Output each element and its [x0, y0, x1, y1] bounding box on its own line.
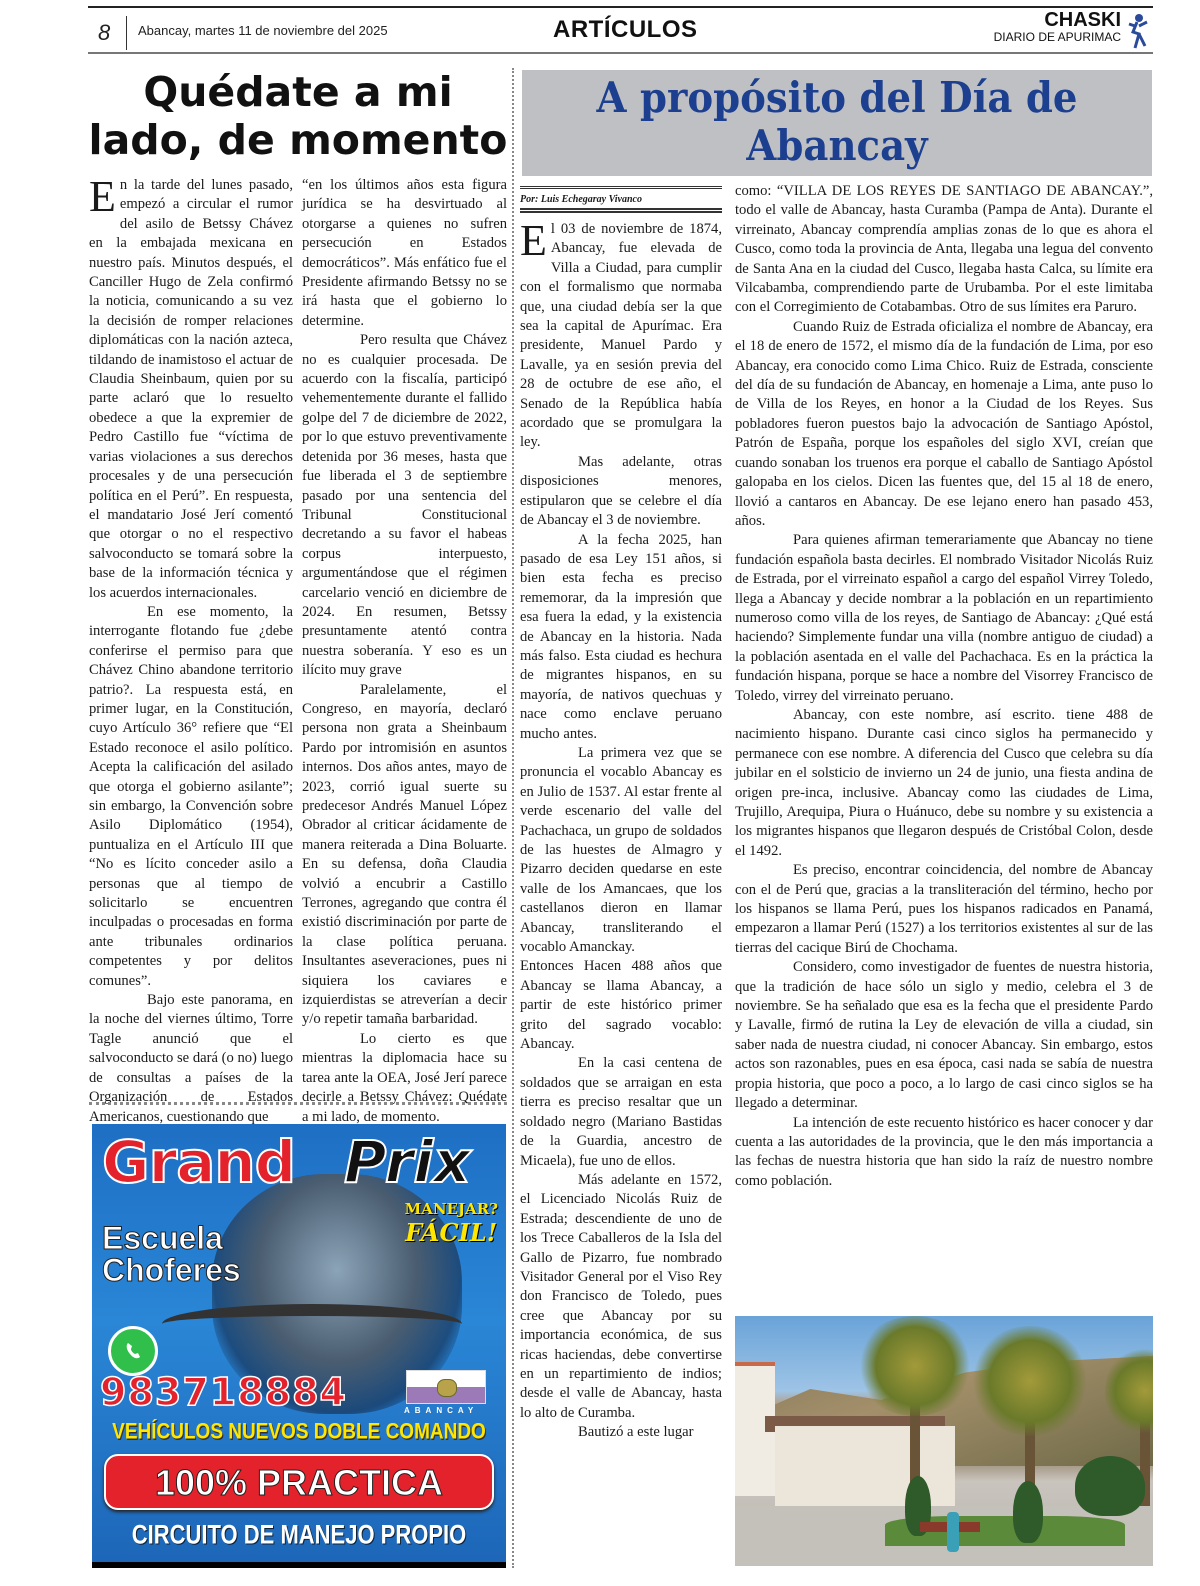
- ad-practice-banner: 100% PRACTICA: [104, 1454, 494, 1510]
- drop-cap: E: [520, 222, 547, 260]
- drop-cap: E: [89, 178, 116, 216]
- article-paragraph: Bajo este panorama, en la noche del vier…: [89, 991, 293, 1127]
- whatsapp-icon: [108, 1326, 158, 1376]
- rule: [520, 208, 722, 214]
- pedestrian: [947, 1512, 959, 1552]
- section-divider: [89, 1102, 507, 1105]
- ad-brand-grand: Grand: [102, 1130, 295, 1194]
- steering-wheel-graphic: [162, 1304, 462, 1344]
- author-byline: Por: Luis Echegaray Vivanco: [520, 190, 722, 208]
- article-paragraph: A la fecha 2025, han pasado de esa Ley 1…: [520, 531, 722, 744]
- article-paragraph: Abancay, con este nombre, así escrito. t…: [735, 706, 1153, 861]
- article-paragraph: La intención de este recuento histórico …: [735, 1114, 1153, 1192]
- driving-school-advertisement: Grand Prix Escuela Choferes MANEJAR? FÁC…: [92, 1124, 506, 1568]
- article-paragraph: Considero, como investigador de fuentes …: [735, 958, 1153, 1113]
- article-paragraph: “en los últimos años esta figura jurídic…: [302, 176, 507, 331]
- newspaper-brand: CHASKI DIARIO DE APURIMAC: [994, 10, 1121, 44]
- article-paragraph: En la tarde del lunes pasado, empezó a c…: [89, 176, 293, 603]
- issue-date: Abancay, martes 11 de noviembre del 2025: [138, 23, 388, 38]
- ad-circuit-text: CIRCUITO DE MANEJO PROPIO: [92, 1519, 506, 1550]
- ad-school-name: Escuela Choferes: [102, 1222, 241, 1286]
- right-article-column-1: El 03 de noviembre de 1874, Abancay, fue…: [520, 220, 722, 1443]
- brand-subtitle: DIARIO DE APURIMAC: [994, 30, 1121, 44]
- left-article-column-1: En la tarde del lunes pasado, empezó a c…: [89, 176, 293, 1127]
- right-article-title-box: A propósito del Día de Abancay: [522, 70, 1152, 176]
- article-paragraph: En la casi centena de soldados que se ar…: [520, 1054, 722, 1170]
- article-paragraph: como: “VILLA DE LOS REYES DE SANTIAGO DE…: [735, 182, 1153, 318]
- article-paragraph: Pero resulta que Chávez no es cualquier …: [302, 331, 507, 680]
- byline-block: Por: Luis Echegaray Vivanco: [520, 186, 722, 214]
- ad-practice-text: 100% PRACTICA: [106, 1462, 492, 1504]
- ad-brand-prix: Prix: [344, 1130, 471, 1194]
- article-paragraph: El 03 de noviembre de 1874, Abancay, fue…: [520, 220, 722, 453]
- ad-vehicles-text: VEHÍCULOS NUEVOS DOBLE COMANDO: [92, 1420, 506, 1445]
- left-article-title: Quédate a mi lado, de momento: [88, 68, 508, 164]
- abancay-plaza-photo: [735, 1316, 1153, 1566]
- right-article-column-2: como: “VILLA DE LOS REYES DE SANTIAGO DE…: [735, 182, 1153, 1191]
- column-divider: [512, 68, 515, 1568]
- palm-fronds: [970, 1326, 1090, 1436]
- ad-slogan: MANEJAR? FÁCIL!: [405, 1200, 498, 1247]
- article-paragraph: Para quienes afirman temerariamente que …: [735, 531, 1153, 706]
- article-paragraph: En ese momento, la interrogante flotando…: [89, 603, 293, 991]
- brand-name: CHASKI: [994, 10, 1121, 30]
- article-paragraph: Más adelante en 1572, el Licenciado Nico…: [520, 1171, 722, 1423]
- article-paragraph: Es preciso, encontrar coincidencia, del …: [735, 861, 1153, 958]
- header-divider: [126, 16, 127, 50]
- tree: [1075, 1456, 1145, 1516]
- article-paragraph: Cuando Ruiz de Estrada oficializa el nom…: [735, 318, 1153, 531]
- right-article-title: A propósito del Día de Abancay: [547, 70, 1127, 170]
- palm-fronds: [855, 1316, 975, 1416]
- page-number: 8: [98, 20, 110, 46]
- ad-phone-number: 983718884: [100, 1370, 347, 1414]
- article-paragraph: La primera vez que se pronuncia el vocab…: [520, 744, 722, 957]
- article-paragraph: Bautizó a este lugar: [520, 1423, 722, 1442]
- article-paragraph: Mas adelante, otras disposiciones menore…: [520, 453, 722, 531]
- page-header: 8 Abancay, martes 11 de noviembre del 20…: [88, 6, 1153, 54]
- article-paragraph: Entonces Hacen 488 años que Abancay se l…: [520, 957, 722, 1054]
- flag-label: ABANCAY: [404, 1406, 478, 1415]
- cypress-tree: [1013, 1481, 1043, 1543]
- messenger-runner-icon: [1125, 12, 1151, 50]
- article-paragraph: Lo cierto es que mientras la diplomacia …: [302, 1030, 507, 1127]
- abancay-flag-icon: [406, 1370, 486, 1404]
- section-title: ARTÍCULOS: [553, 16, 698, 44]
- left-article-column-2: “en los últimos años esta figura jurídic…: [302, 176, 507, 1127]
- article-paragraph: Paralelamente, el Congreso, en mayoría, …: [302, 681, 507, 1030]
